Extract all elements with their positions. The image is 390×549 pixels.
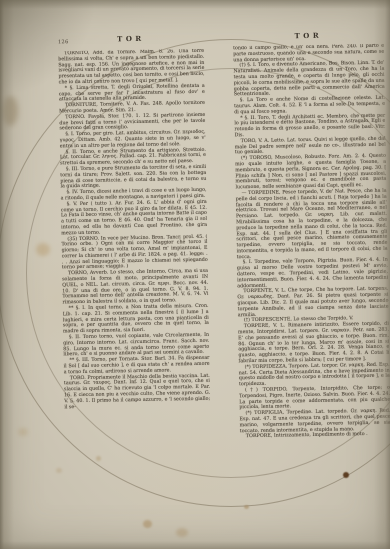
scanned-book-page: 126 TOR TOR TORNITO, Add. da Tornire. Ma… bbox=[0, 0, 390, 549]
scan-vignette bbox=[0, 0, 390, 549]
